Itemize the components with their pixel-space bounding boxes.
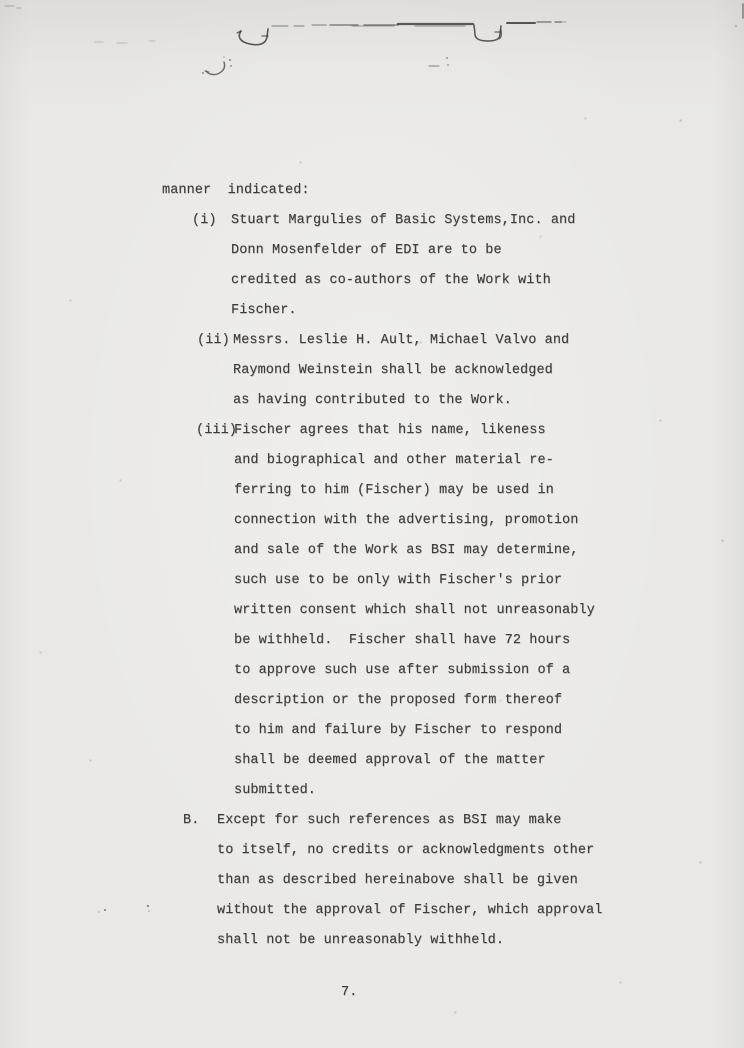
list-item-iii-text: Fischer agrees that his name, likeness a…: [234, 416, 595, 806]
list-marker-ii: (ii): [197, 326, 230, 356]
list-marker-iii: (iii): [196, 416, 237, 446]
list-marker-i: (i): [192, 206, 217, 236]
scanned-document-page: manner indicated: (i) Stuart Margulies o…: [0, 0, 744, 1048]
list-item-i-text: Stuart Margulies of Basic Systems,Inc. a…: [231, 206, 575, 326]
intro-line: manner indicated:: [162, 176, 310, 206]
clause-b-text: Except for such references as BSI may ma…: [217, 806, 602, 956]
clause-b-marker: B.: [183, 806, 199, 836]
page-number: 7.: [341, 978, 357, 1008]
list-item-ii-text: Messrs. Leslie H. Ault, Michael Valvo an…: [233, 326, 569, 416]
paper-noise-specks: [0, 0, 1, 1]
